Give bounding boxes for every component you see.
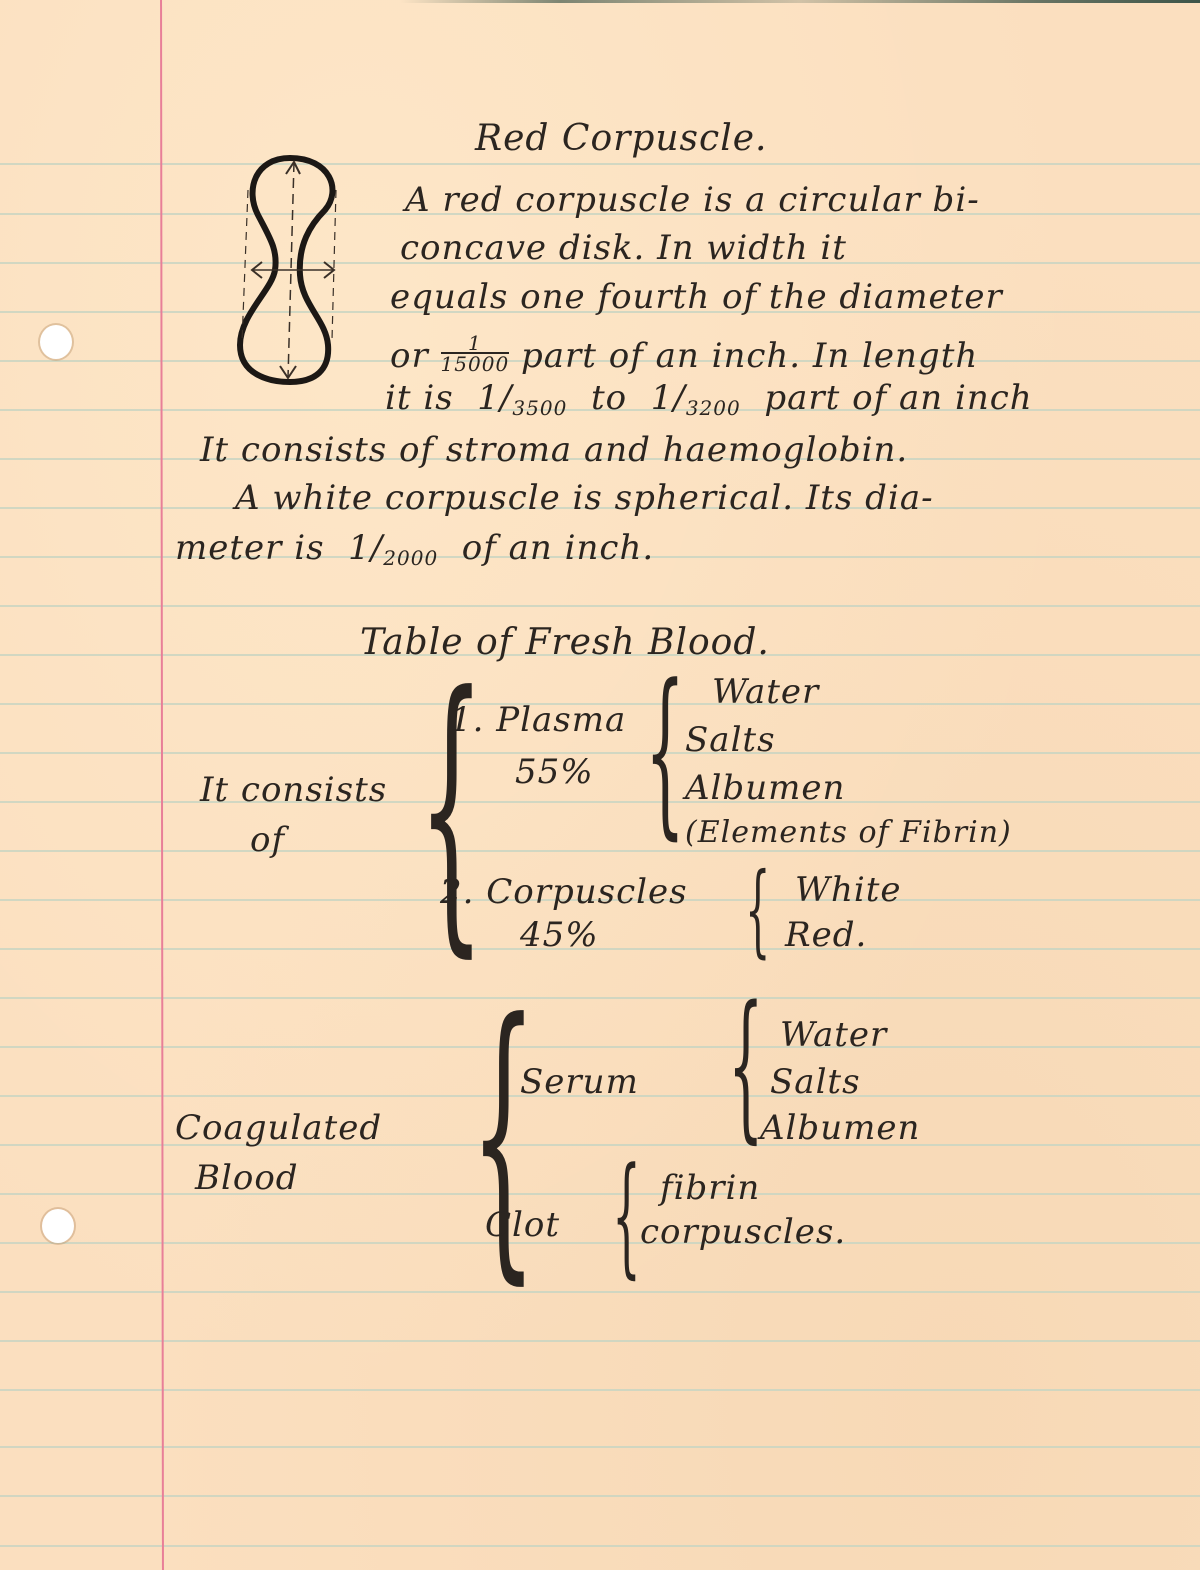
ruled-line xyxy=(0,1046,1200,1048)
ruled-line xyxy=(0,1446,1200,1448)
text-line-4: or 1 15000 part of an inch. In length xyxy=(390,330,978,376)
scan-edge xyxy=(400,0,1200,3)
fraction-1-3500: 1/3500 xyxy=(477,378,567,418)
ruled-line xyxy=(0,997,1200,999)
text-line-2: concave disk. In width it xyxy=(400,228,847,268)
ruled-line xyxy=(0,1340,1200,1342)
brace-corpuscles: { xyxy=(745,860,770,960)
fraction-1-2000: 1/2000 xyxy=(348,528,438,568)
fresh-root-line-2: of xyxy=(250,820,285,860)
fraction-denominator: 15000 xyxy=(441,354,510,374)
coagulated-root-line-1: Coagulated xyxy=(175,1108,382,1148)
fraction-1-15000: 1 15000 xyxy=(441,334,510,374)
coagulated-root-line-2: Blood xyxy=(195,1158,299,1198)
punch-hole-top xyxy=(40,325,72,359)
text-line-7: A white corpuscle is spherical. Its dia- xyxy=(235,478,934,518)
ruled-line xyxy=(0,1291,1200,1293)
text-line-3: equals one fourth of the diameter xyxy=(390,277,1003,317)
ruled-line xyxy=(0,1193,1200,1195)
brace-plasma: { xyxy=(645,662,685,842)
ruled-line xyxy=(0,801,1200,803)
clot-item-fibrin: fibrin xyxy=(660,1168,760,1208)
branch-corpuscles-label: 2. Corpuscles xyxy=(440,872,688,912)
text-line-1: A red corpuscle is a circular bi- xyxy=(405,180,980,220)
brace-serum: { xyxy=(728,985,764,1145)
text-line-6: It consists of stroma and haemoglobin. xyxy=(200,430,908,470)
corpuscles-item-white: White xyxy=(795,870,902,910)
brace-clot: { xyxy=(612,1150,641,1280)
plasma-item-water: Water xyxy=(712,672,819,712)
serum-item-albumen: Albumen xyxy=(760,1108,920,1148)
branch-clot-label: Clot xyxy=(485,1205,560,1245)
red-corpuscle-diagram-icon xyxy=(230,150,350,390)
ruled-line xyxy=(0,605,1200,607)
text-or: or xyxy=(390,336,429,376)
serum-item-water: Water xyxy=(780,1015,887,1055)
fraction-numerator: 1 xyxy=(348,528,371,568)
fraction-denominator: 3200 xyxy=(686,396,741,420)
heading-red-corpuscle: Red Corpuscle. xyxy=(475,118,767,159)
ruled-line xyxy=(0,1545,1200,1547)
ruled-line xyxy=(0,850,1200,852)
ruled-line xyxy=(0,752,1200,754)
text-of-an-inch: of an inch. xyxy=(462,528,654,568)
branch-plasma-percent: 55% xyxy=(515,752,594,792)
punch-hole-bottom xyxy=(42,1209,74,1243)
text-line-5: it is 1/3500 to 1/3200 part of an inch xyxy=(385,378,1033,420)
clot-item-corpuscles: corpuscles. xyxy=(640,1212,846,1252)
fraction-1-3200: 1/3200 xyxy=(651,378,741,418)
text-part-of-inch: part of an inch xyxy=(764,378,1032,418)
ruled-line xyxy=(0,1495,1200,1497)
fraction-denominator: 2000 xyxy=(383,546,438,570)
ruled-line xyxy=(0,163,1200,165)
text-meter-is: meter is xyxy=(175,528,325,568)
plasma-item-albumen: Albumen xyxy=(685,768,845,808)
branch-plasma-label: 1. Plasma xyxy=(450,700,626,740)
fraction-denominator: 3500 xyxy=(512,396,567,420)
fraction-numerator: 1 xyxy=(441,334,510,352)
fraction-numerator: 1 xyxy=(651,378,674,418)
text-to: to xyxy=(591,378,627,418)
plasma-item-elements-of-fibrin: (Elements of Fibrin) xyxy=(685,815,1012,850)
fraction-numerator: 1 xyxy=(477,378,500,418)
ruled-line xyxy=(0,948,1200,950)
text-it-is: it is xyxy=(385,378,454,418)
ruled-line xyxy=(0,1389,1200,1391)
ruled-line xyxy=(0,1242,1200,1244)
text-line-8: meter is 1/2000 of an inch. xyxy=(175,528,654,570)
fresh-root-line-1: It consists xyxy=(200,770,387,810)
corpuscles-item-red: Red. xyxy=(785,915,867,955)
branch-serum-label: Serum xyxy=(520,1062,639,1102)
text-part-of-inch: part of an inch. In length xyxy=(521,336,978,376)
branch-corpuscles-percent: 45% xyxy=(520,915,599,955)
plasma-item-salts: Salts xyxy=(685,720,776,760)
serum-item-salts: Salts xyxy=(770,1062,861,1102)
